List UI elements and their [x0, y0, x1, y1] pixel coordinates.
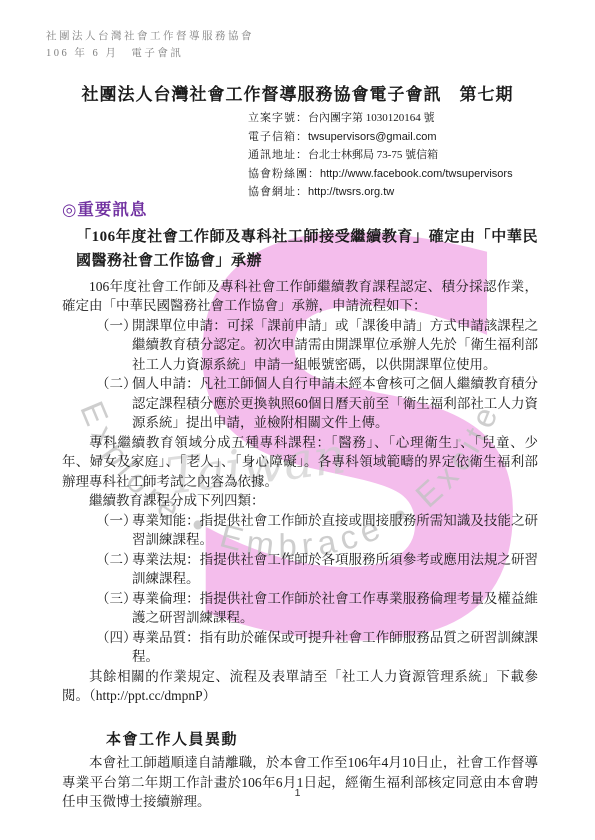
contact-value: 台內團字第 1030120164 號 — [308, 112, 435, 124]
list-item-apply-1: （一） 開課單位申請：可採「課前申請」或「課後申請」方式申請該課程之繼續教育積分… — [62, 316, 538, 375]
contact-value-website-url: http://twsrs.org.tw — [308, 186, 394, 198]
page-number: 1 — [0, 787, 595, 799]
list-text: 開課單位申請：可採「課前申請」或「課後申請」方式申請該課程之繼續教育積分認定。初… — [132, 318, 538, 372]
list-marker: （一） — [96, 511, 137, 531]
list-item-category-4: （四） 專業品質：指有助於確保或可提升社會工作師服務品質之研習訓練課程。 — [62, 628, 538, 667]
contact-label: 通訊地址： — [248, 149, 308, 161]
contact-value-email: twsupervisors@gmail.com — [308, 131, 437, 143]
main-text-column: ◎重要訊息 「106年度社會工作師及專科社工師接受繼續教育」確定由「中華民國醫務… — [62, 200, 538, 812]
list-marker: （一） — [96, 316, 137, 336]
contact-value: 台北士林郵局 73-75 號信箱 — [308, 149, 438, 161]
contact-label: 電子信箱： — [248, 131, 308, 143]
contact-block: 立案字號：台內團字第 1030120164 號 電子信箱：twsuperviso… — [248, 109, 513, 202]
list-item-category-1: （一） 專業知能：指提供社會工作師於直接或間接服務所需知識及技能之研習訓練課程。 — [62, 511, 538, 550]
list-text: 個人申請：凡社工師個人自行申請未經本會核可之個人繼續教育積分認定課程積分應於更換… — [132, 376, 538, 430]
contact-row-registration: 立案字號：台內團字第 1030120164 號 — [248, 109, 513, 128]
paragraph-download-link: 其餘相關的作業規定、流程及表單請至「社工人力資源管理系統」下載參閱。（http:… — [62, 667, 538, 706]
list-marker: （二） — [96, 550, 137, 570]
list-item-category-3: （三） 專業倫理：指提供社會工作師於社會工作專業服務倫理考量及權益維護之研習訓練… — [62, 589, 538, 628]
list-marker: （四） — [96, 628, 137, 648]
contact-label: 立案字號： — [248, 112, 308, 124]
header-issue-line: 106 年 6 月 電子會訊 — [46, 45, 254, 62]
contact-row-website: 協會網址：http://twsrs.org.tw — [248, 183, 513, 202]
running-header: 社團法人台灣社會工作督導服務協會 106 年 6 月 電子會訊 — [46, 28, 254, 62]
contact-row-address: 通訊地址：台北士林郵局 73-75 號信箱 — [248, 146, 513, 165]
list-item-apply-2: （二） 個人申請：凡社工師個人自行申請未經本會核可之個人繼續教育積分認定課程積分… — [62, 374, 538, 433]
document-page: 社團法人台灣社會工作督導服務協會 106 年 6 月 電子會訊 社團法人台灣社會… — [0, 0, 595, 840]
paragraph-staff-change: 本會社工師趙順達自請離職，於本會工作至106年4月10日止，社會工作督導專業平台… — [62, 753, 538, 812]
list-text: 專業品質：指有助於確保或可提升社會工作師服務品質之研習訓練課程。 — [132, 630, 538, 665]
list-text: 專業知能：指提供社會工作師於直接或間接服務所需知識及技能之研習訓練課程。 — [132, 513, 538, 548]
contact-row-facebook: 協會粉絲團：http://www.facebook.com/twsupervis… — [248, 165, 513, 184]
header-org-line: 社團法人台灣社會工作督導服務協會 — [46, 28, 254, 45]
list-text: 專業倫理：指提供社會工作師於社會工作專業服務倫理考量及權益維護之研習訓練課程。 — [132, 591, 538, 626]
list-text: 專業法規：指提供社會工作師於各項服務所須參考或應用法規之研習訓練課程。 — [132, 552, 538, 587]
contact-label: 協會網址： — [248, 186, 308, 198]
paragraph-categories-intro: 繼續教育課程分成下列四類： — [62, 491, 538, 511]
section-heading-staff-change: 本會工作人員異動 — [106, 731, 538, 751]
contact-row-email: 電子信箱：twsupervisors@gmail.com — [248, 128, 513, 147]
contact-label: 協會粉絲團： — [248, 168, 320, 180]
list-item-category-2: （二） 專業法規：指提供社會工作師於各項服務所須參考或應用法規之研習訓練課程。 — [62, 550, 538, 589]
article-heading-continuing-education: 「106年度社會工作師及專科社工師接受繼續教育」確定由「中華民國醫務社會工作協會… — [76, 225, 538, 273]
page-title: 社團法人台灣社會工作督導服務協會電子會訊 第七期 — [0, 80, 595, 105]
list-marker: （二） — [96, 374, 137, 394]
paragraph-specialty-fields: 專科繼續教育領域分成五種專科課程：「醫務」、「心理衛生」、「兒童、少年、婦女及家… — [62, 433, 538, 492]
contact-value-facebook-url: http://www.facebook.com/twsupervisors — [320, 168, 513, 180]
paragraph-intro: 106年度社會工作師及專科社會工作師繼續教育課程認定、積分採認作業，確定由「中華… — [62, 277, 538, 316]
list-marker: （三） — [96, 589, 137, 609]
section-heading-important-news: ◎重要訊息 — [62, 200, 538, 220]
